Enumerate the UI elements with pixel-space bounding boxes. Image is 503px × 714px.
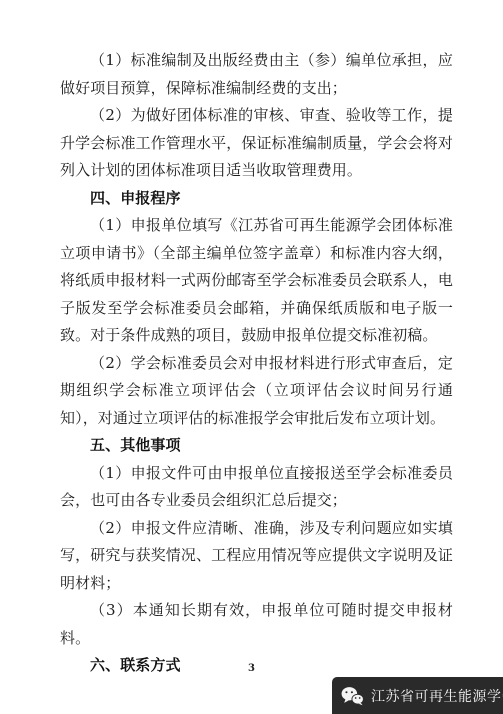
- paragraph: （2）申报文件应清晰、准确，涉及专利问题应如实填写，研究与获奖情况、工程应用情况…: [60, 515, 453, 598]
- watermark-text: 江苏省可再生能源学会: [371, 686, 503, 706]
- paragraph: （2）为做好团体标准的审核、审查、验收等工作，提升学会标准工作管理水平，保证标准…: [60, 102, 453, 185]
- paragraph: （1）申报单位填写《江苏省可再生能源学会团体标准立项申请书》（全部主编单位签字盖…: [60, 212, 453, 350]
- wechat-icon: [341, 686, 364, 706]
- paragraph: （2）学会标准委员会对申报材料进行形式审查后，定期组织学会标准立项评估会（立项评…: [60, 350, 453, 433]
- watermark-badge: 江苏省可再生能源学会: [332, 677, 503, 714]
- document-page: （1）标准编制及出版经费由主（参）编单位承担，应做好项目预算，保障标准编制经费的…: [0, 0, 503, 714]
- paragraph: （1）标准编制及出版经费由主（参）编单位承担，应做好项目预算，保障标准编制经费的…: [60, 47, 453, 102]
- page-number: 3: [0, 663, 503, 674]
- paragraph: （3）本通知长期有效，申报单位可随时提交申报材料。: [60, 597, 453, 652]
- document-body: （1）标准编制及出版经费由主（参）编单位承担，应做好项目预算，保障标准编制经费的…: [60, 0, 453, 680]
- paragraph: （1）申报文件可由申报单位直接报送至学会标准委员会，也可由各专业委员会组织汇总后…: [60, 460, 453, 515]
- section-heading: 五、其他事项: [60, 432, 453, 460]
- section-heading: 四、申报程序: [60, 185, 453, 213]
